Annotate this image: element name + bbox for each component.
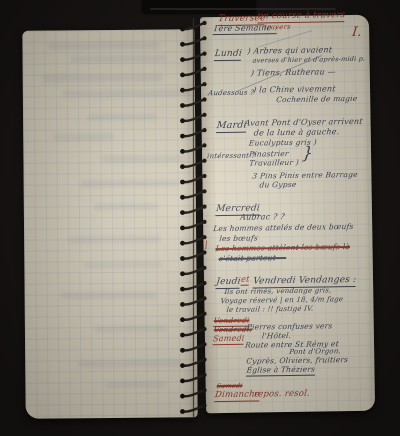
bleedthrough-smudge [43, 74, 163, 83]
handwriting-line: en course à travers [257, 11, 345, 23]
bleedthrough-smudge [53, 134, 113, 141]
bleedthrough-smudge [87, 114, 157, 121]
handwriting-line: Cochenille de magie [276, 95, 358, 104]
bleedthrough-smudge [80, 179, 180, 187]
handwriting-line: Samedi [216, 383, 242, 390]
bleedthrough-smudge [95, 326, 167, 333]
handwriting-line: Cyprès, Oliviers, fruitiers [246, 356, 349, 365]
right-page: Traverséeen course à traverstravers1ère … [200, 15, 375, 414]
handwriting-line: Pinastrier [249, 150, 289, 158]
handwriting-line: | [204, 241, 208, 250]
handwriting-line: Aubrac ? ? [240, 213, 286, 222]
handwriting-line: averses d'hier et d'après-midi p. [252, 56, 365, 64]
handwriting-line: repos. resol. [253, 390, 310, 399]
handwriting-layer: Traverséeen course à traverstravers1ère … [200, 15, 375, 414]
bleedthrough-smudge [48, 42, 160, 50]
bleedthrough-smudge [61, 292, 157, 300]
handwriting-line: ) la Chine vivement [253, 85, 336, 94]
bleedthrough-smudge [94, 204, 158, 211]
handwriting-line: l'Hôtel. [262, 332, 292, 340]
handwriting-line: Pierres confuses vers [246, 322, 333, 331]
handwriting-line: I. [351, 26, 362, 39]
bleedthrough-smudge [71, 56, 167, 63]
notebook-scan: Traverséeen course à traverstravers1ère … [0, 0, 400, 436]
handwriting-line: Audessous ? [208, 90, 255, 98]
handwriting-line: Avant Pont d'Oyser arrivent [244, 118, 363, 128]
handwriting-line: Les hommes attèlent les bœufs-là [215, 243, 350, 253]
handwriting-line: Mardi [216, 121, 247, 133]
handwriting-line: du Gypse [259, 181, 297, 189]
bleedthrough-smudge [84, 262, 162, 269]
bleedthrough-smudge [101, 155, 183, 163]
bleedthrough-smudge [105, 382, 165, 389]
handwriting-line: les bœufs [219, 234, 258, 242]
handwriting-line: Voyage réservé | en 18, 4/m fage [220, 296, 344, 305]
handwriting-line: 3 Pins Pinis entre Barrage [252, 171, 358, 180]
stand-clip [142, 0, 256, 13]
handwriting-line: ) Arbres qui avaient [247, 46, 333, 55]
handwriting-line: Les hommes attelés de deux bœufs [213, 223, 354, 233]
handwriting-line: Samedi [212, 335, 245, 346]
handwriting-line: Travailleur ) [249, 159, 300, 167]
bleedthrough-smudge [63, 89, 191, 97]
handwriting-line: le travail : !! fustigé IV. [226, 306, 314, 314]
handwriting-line: c'était partout — [218, 254, 286, 263]
handwriting-line: Lundi [214, 50, 242, 61]
left-page [22, 29, 197, 418]
handwriting-line: de la lune à gauche. [253, 128, 340, 137]
bleedthrough-smudge [68, 236, 160, 244]
handwriting-line: ) Tiens, Rutherau — [250, 68, 336, 77]
handwriting-line: et [241, 276, 250, 286]
bleedthrough-smudge [77, 359, 181, 367]
handwriting-line: 1ère Semaine : [213, 24, 278, 35]
handwriting-line: Église à Théziers [246, 366, 316, 377]
handwriting-line: } [301, 146, 314, 163]
